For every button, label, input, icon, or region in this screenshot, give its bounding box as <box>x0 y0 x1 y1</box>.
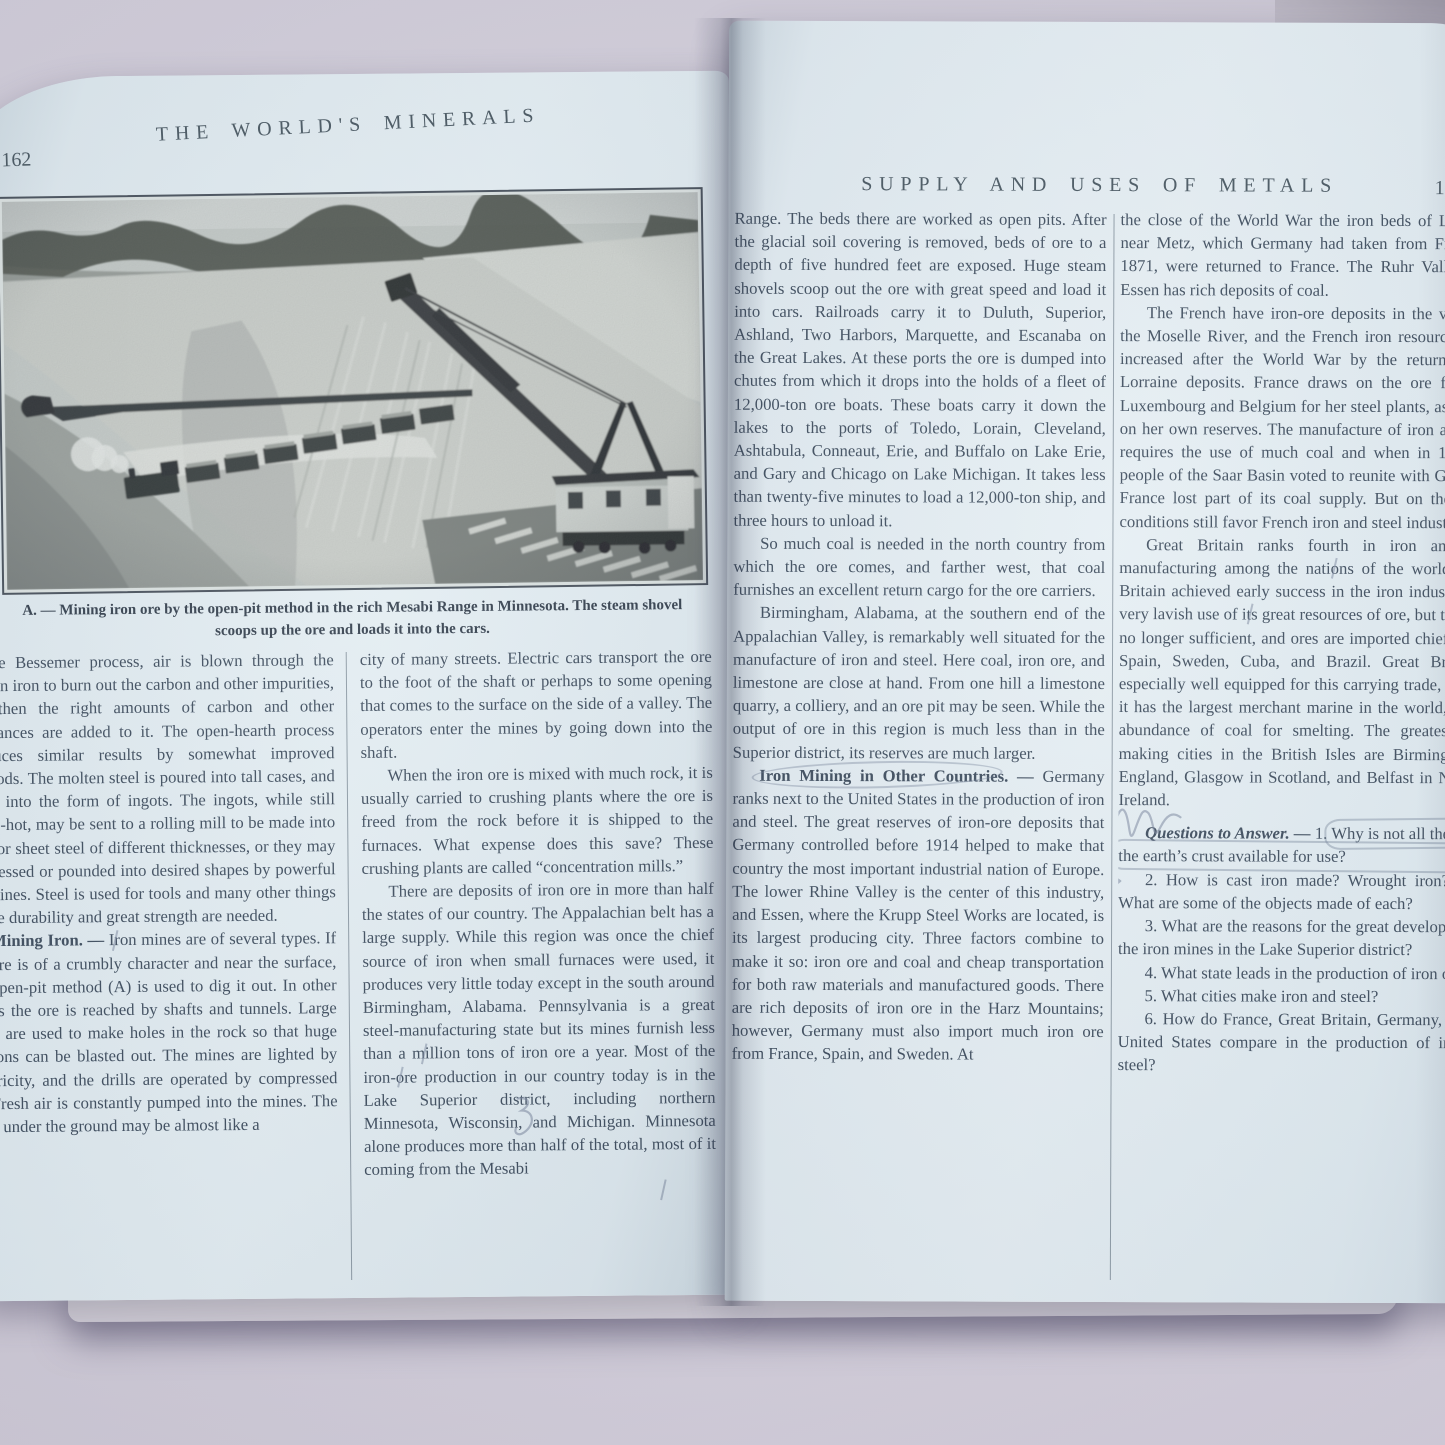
right-column-2: the close of the World War the iron beds… <box>1117 208 1445 1291</box>
para-coal-return-cargo: So much coal is needed in the north coun… <box>733 532 1105 603</box>
pencil-slash-annotation <box>660 1179 666 1200</box>
question-6: 6. How do France, Great Britain, Germany… <box>1118 1007 1445 1078</box>
column-divider <box>1110 214 1115 1280</box>
para-lorraine-ruhr: the close of the World War the iron beds… <box>1120 208 1445 302</box>
left-page-text: In the Bessemer process, air is blown th… <box>0 645 721 1293</box>
photo-caption: A. — Mining iron ore by the open-pit met… <box>0 595 734 645</box>
para-mining-iron: Mining Iron. — Iron mines are of several… <box>0 927 338 1139</box>
open-book: 162 THE WORLD'S MINERALS <box>0 0 1445 1445</box>
para-birmingham: Birmingham, Alabama, at the southern end… <box>733 601 1106 765</box>
para-mesabi-open-pits: Range. The beds there are worked as open… <box>733 207 1106 533</box>
left-column-1: In the Bessemer process, air is blown th… <box>0 648 339 1293</box>
right-page: SUPPLY AND USES OF METALS 1 Range. The b… <box>725 21 1445 1304</box>
right-column-1: Range. The beds there are worked as open… <box>731 207 1107 1290</box>
section-lead: Iron Mining in Other Countries. — <box>759 766 1042 786</box>
right-page-text: Range. The beds there are worked as open… <box>731 207 1445 1293</box>
para-great-britain: Great Britain ranks fourth in iron and s… <box>1118 533 1445 813</box>
para-ore-deposits: There are deposits of iron ore in more t… <box>362 877 717 1182</box>
mining-photo <box>0 187 708 595</box>
question-2: 2. How is cast iron made? Wrought iron? … <box>1118 868 1445 916</box>
column-divider <box>346 652 352 1280</box>
right-page-number: 1 <box>1435 177 1445 200</box>
section-lead: Mining Iron. — <box>0 931 109 951</box>
left-page: 162 THE WORLD'S MINERALS <box>0 71 739 1302</box>
questions-lead: Questions to Answer. — <box>1145 823 1315 843</box>
para-iron-mining-other-countries: Iron Mining in Other Countries. — German… <box>732 764 1105 1067</box>
mining-photo-illustration <box>2 192 703 590</box>
question-4: 4. What state leads in the production of… <box>1118 961 1445 986</box>
right-running-head: SUPPLY AND USES OF METALS <box>729 173 1445 199</box>
left-running-head: THE WORLD'S MINERALS <box>0 95 729 157</box>
pencil-arrow-annotation <box>1117 872 1124 890</box>
photo-backdrop: { "colors": { "backdrop": "#d0ccd9", "pa… <box>0 0 1445 1445</box>
para-crushing-plants: When the iron ore is mixed with much roc… <box>361 761 714 880</box>
questions-heading: Questions to Answer. — 1. Why is not all… <box>1118 821 1445 869</box>
question-5: 5. What cities make iron and steel? <box>1118 984 1445 1009</box>
question-3: 3. What are the reasons for the great de… <box>1118 914 1445 962</box>
para-steel-processes: In the Bessemer process, air is blown th… <box>0 648 336 930</box>
left-column-2: city of many streets. Electric cars tran… <box>360 645 718 1290</box>
para-mine-city: city of many streets. Electric cars tran… <box>360 645 713 764</box>
para-french-iron: The French have iron-ore deposits in the… <box>1119 301 1445 534</box>
